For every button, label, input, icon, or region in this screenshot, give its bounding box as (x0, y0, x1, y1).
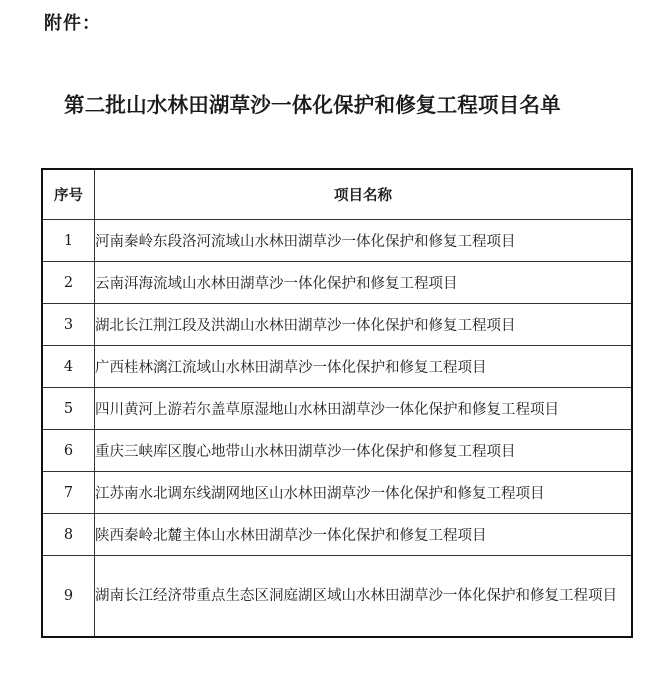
row-number: 9 (42, 556, 95, 638)
table-row: 1 河南秦岭东段洛河流域山水林田湖草沙一体化保护和修复工程项目 (42, 220, 632, 262)
project-name: 陕西秦岭北麓主体山水林田湖草沙一体化保护和修复工程项目 (95, 514, 633, 556)
project-name: 重庆三峡库区腹心地带山水林田湖草沙一体化保护和修复工程项目 (95, 430, 633, 472)
row-number: 8 (42, 514, 95, 556)
table-row: 9 湖南长江经济带重点生态区洞庭湖区域山水林田湖草沙一体化保护和修复工程项目 (42, 556, 632, 638)
table-row: 7 江苏南水北调东线湖网地区山水林田湖草沙一体化保护和修复工程项目 (42, 472, 632, 514)
table-header-row: 序号 项目名称 (42, 169, 632, 220)
document-title: 第二批山水林田湖草沙一体化保护和修复工程项目名单 (64, 88, 561, 118)
table-row: 8 陕西秦岭北麓主体山水林田湖草沙一体化保护和修复工程项目 (42, 514, 632, 556)
project-name: 江苏南水北调东线湖网地区山水林田湖草沙一体化保护和修复工程项目 (95, 472, 633, 514)
header-project-name: 项目名称 (95, 169, 633, 220)
row-number: 7 (42, 472, 95, 514)
row-number: 4 (42, 346, 95, 388)
row-number: 5 (42, 388, 95, 430)
row-number: 1 (42, 220, 95, 262)
table-row: 6 重庆三峡库区腹心地带山水林田湖草沙一体化保护和修复工程项目 (42, 430, 632, 472)
table-row: 3 湖北长江荆江段及洪湖山水林田湖草沙一体化保护和修复工程项目 (42, 304, 632, 346)
row-number: 3 (42, 304, 95, 346)
table-row: 4 广西桂林漓江流域山水林田湖草沙一体化保护和修复工程项目 (42, 346, 632, 388)
row-number: 2 (42, 262, 95, 304)
project-name: 湖北长江荆江段及洪湖山水林田湖草沙一体化保护和修复工程项目 (95, 304, 633, 346)
header-serial-number: 序号 (42, 169, 95, 220)
project-list-table: 序号 项目名称 1 河南秦岭东段洛河流域山水林田湖草沙一体化保护和修复工程项目 … (41, 168, 633, 638)
table-row: 2 云南洱海流域山水林田湖草沙一体化保护和修复工程项目 (42, 262, 632, 304)
project-name: 四川黄河上游若尔盖草原湿地山水林田湖草沙一体化保护和修复工程项目 (95, 388, 633, 430)
project-name: 云南洱海流域山水林田湖草沙一体化保护和修复工程项目 (95, 262, 633, 304)
project-name: 河南秦岭东段洛河流域山水林田湖草沙一体化保护和修复工程项目 (95, 220, 633, 262)
table-row: 5 四川黄河上游若尔盖草原湿地山水林田湖草沙一体化保护和修复工程项目 (42, 388, 632, 430)
project-name: 广西桂林漓江流域山水林田湖草沙一体化保护和修复工程项目 (95, 346, 633, 388)
row-number: 6 (42, 430, 95, 472)
attachment-label: 附件： (44, 9, 101, 35)
project-name: 湖南长江经济带重点生态区洞庭湖区域山水林田湖草沙一体化保护和修复工程项目 (95, 556, 633, 638)
